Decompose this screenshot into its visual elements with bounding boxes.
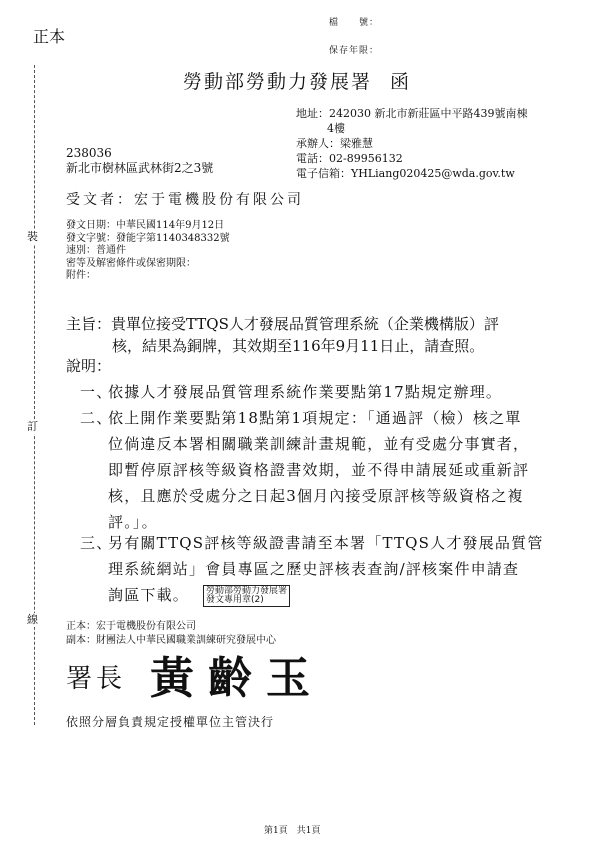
item-line: 依上開作業要點第18點第1項規定：「通過評（檢）核之單 bbox=[108, 409, 522, 427]
recipient: 受文者：宏于電機股份有限公司 bbox=[66, 189, 304, 209]
postal-code: 238036 bbox=[66, 146, 213, 161]
email: 電子信箱：YHLiang020425@wda.gov.tw bbox=[296, 166, 527, 181]
classification: 密等及解密條件或保密期限： bbox=[66, 258, 230, 271]
item-number: 三、 bbox=[80, 532, 108, 554]
seal-row-2: 發文專用章(2) bbox=[206, 596, 287, 605]
item-line: 評。」。 bbox=[80, 511, 529, 533]
dispatch-info: 發文日期：中華民國114年9月12日 發文字號：發能字第1140348332號 … bbox=[66, 220, 230, 283]
document-title: 勞動部勞動力發展署函 bbox=[183, 67, 411, 94]
retention-period-label: 保存年限： bbox=[329, 43, 379, 56]
item-line: 理系統網站」會員專區之歷史評核表查詢/評核案件申請查 bbox=[80, 558, 544, 580]
explanation-label: 說明： bbox=[66, 355, 111, 376]
recipient-address: 238036 新北市樹林區武林街2之3號 bbox=[66, 146, 213, 176]
item-line: 即暫停原評核等級資格證書效期，並不得申請展延或重新評 bbox=[80, 459, 529, 481]
item-number: 二、 bbox=[80, 407, 108, 429]
delegation-note: 依照分層負責規定授權單位主管決行 bbox=[66, 713, 274, 730]
dispatch-number: 發文字號：發能字第1140348332號 bbox=[66, 233, 230, 246]
sender-address-cont: 4樓 bbox=[296, 121, 527, 136]
document-type: 函 bbox=[390, 71, 411, 93]
binding-mark-zhuang: 裝 bbox=[27, 230, 38, 244]
street-address: 新北市樹林區武林街2之3號 bbox=[66, 161, 213, 176]
agency-name: 勞動部勞動力發展署 bbox=[183, 71, 372, 93]
official-seal-stamp: 勞動部勞動力發展署發文專用章(2) bbox=[203, 585, 290, 607]
binding-mark-ding: 訂 bbox=[27, 420, 38, 434]
page-number: 第1頁 共1頁 bbox=[264, 823, 320, 836]
signatory-title: 署長 bbox=[66, 658, 126, 695]
item-line: 詢區下載。 bbox=[108, 586, 189, 604]
binding-mark-xian: 線 bbox=[27, 613, 38, 627]
contact-person: 承辦人：梁雅慧 bbox=[296, 136, 527, 151]
phone: 電話：02-89956132 bbox=[296, 151, 527, 166]
original-copy: 正本：宏于電機股份有限公司 bbox=[66, 620, 276, 634]
item-line: 位倘違反本署相關職業訓練計畫規範，並有受處分事實者， bbox=[80, 433, 529, 455]
subject-line-1: 主旨：貴單位接受TTQS人才發展品質管理系統（企業機構版）評 bbox=[66, 313, 499, 335]
file-number-label: 檔 號： bbox=[329, 15, 379, 28]
subject-line-2: 核，結果為銅牌，其效期至116年9月11日止，請查照。 bbox=[66, 335, 499, 357]
attachments: 附件： bbox=[66, 270, 230, 283]
item-line: 依據人才發展品質管理系統作業要點第17點規定辦理。 bbox=[108, 383, 502, 401]
explanation-item-2: 二、依上開作業要點第18點第1項規定：「通過評（檢）核之單 位倘違反本署相關職業… bbox=[80, 407, 529, 533]
item-line: 另有關TTQS評核等級證書請至本署「TTQS人才發展品質管 bbox=[108, 534, 544, 552]
copy-mark: 正本 bbox=[33, 24, 65, 47]
sender-info: 地址：242030 新北市新莊區中平路439號南棟 4樓 承辦人：梁雅慧 電話：… bbox=[296, 106, 527, 181]
signatory-name: 黃齡玉 bbox=[150, 642, 324, 706]
item-number: 一、 bbox=[80, 381, 108, 403]
explanation-item-1: 一、依據人才發展品質管理系統作業要點第17點規定辦理。 bbox=[80, 381, 502, 403]
item-line: 核，且應於受處分之日起3個月內接受原評核等級資格之複 bbox=[80, 485, 529, 507]
subject: 主旨：貴單位接受TTQS人才發展品質管理系統（企業機構版）評 核，結果為銅牌，其… bbox=[66, 313, 499, 357]
explanation-item-3: 三、另有關TTQS評核等級證書請至本署「TTQS人才發展品質管 理系統網站」會員… bbox=[80, 532, 544, 607]
delivery-speed: 速別：普通件 bbox=[66, 245, 230, 258]
dispatch-date: 發文日期：中華民國114年9月12日 bbox=[66, 220, 230, 233]
sender-address: 地址：242030 新北市新莊區中平路439號南棟 bbox=[296, 106, 527, 121]
